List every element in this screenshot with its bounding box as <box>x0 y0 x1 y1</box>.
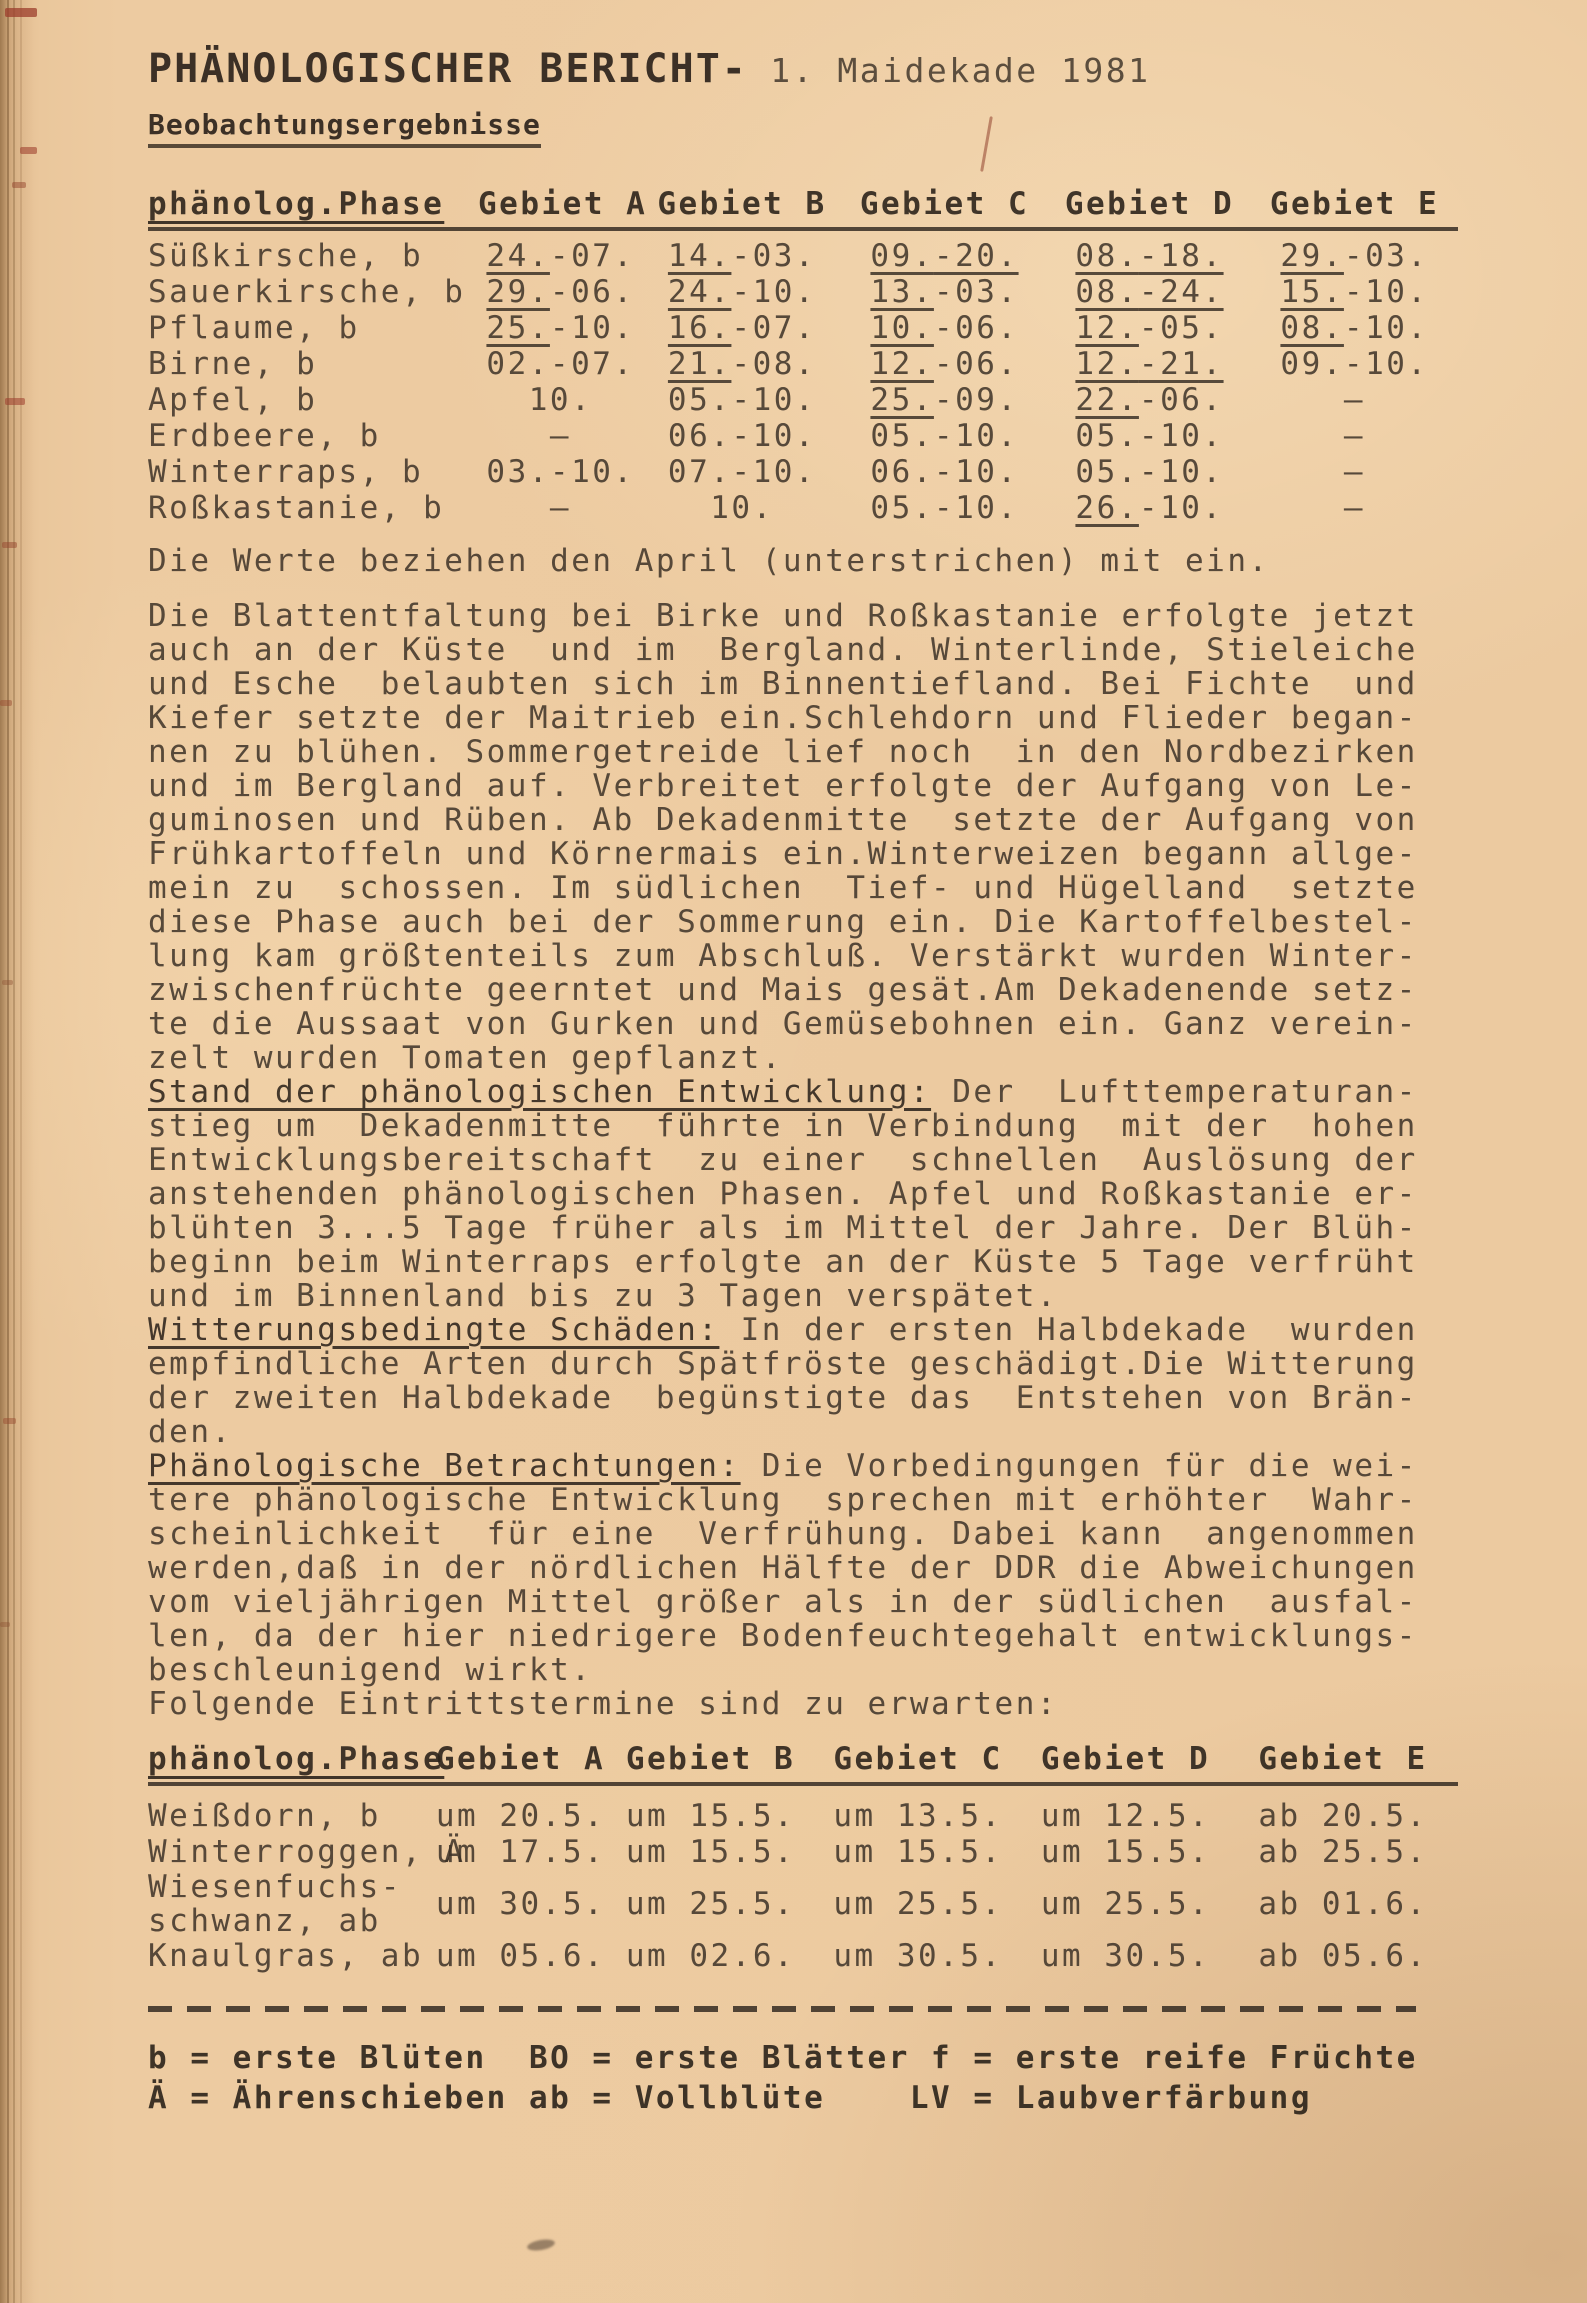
date-segment: 05. <box>668 382 732 418</box>
date-segment: -10. <box>731 274 816 310</box>
body-line-text: Der Lufttemperaturan- <box>931 1074 1418 1110</box>
body-line-text: zelt wurden Tomaten gepflanzt. <box>148 1040 783 1076</box>
date-segment: -10. <box>550 454 635 490</box>
date-cell: 24.-07. <box>478 238 643 274</box>
table-row: Süßkirsche, b24.-07.14.-03.09.-20.08.-18… <box>148 238 1458 274</box>
date-segment: – <box>550 490 571 526</box>
column-header-area-D: Gebiet D <box>1048 186 1251 222</box>
column-header-area-E: Gebiet E <box>1251 186 1458 222</box>
body-line-text: scheinlichkeit für eine Verfrühung. Dabe… <box>148 1516 1418 1552</box>
date-segment: 06. <box>870 454 934 490</box>
body-line: werden,daß in der nördlichen Hälfte der … <box>148 1551 1458 1585</box>
table-row: Wiesenfuchs-schwanz, abum 30.5.um 25.5.u… <box>148 1870 1458 1938</box>
column-header-phase: phänolog.Phase <box>148 186 478 222</box>
date-cell: um 30.5. <box>1023 1938 1228 1974</box>
date-cell: – <box>1251 490 1458 526</box>
body-line: beschleunigend wirkt. <box>148 1653 1458 1687</box>
body-line: lung kam größtenteils zum Abschluß. Vers… <box>148 939 1458 973</box>
table-row: Apfel, b10.05.-10.25.-09.22.-06.– <box>148 382 1458 418</box>
section-heading-observations: Beobachtungsergebnisse <box>148 108 541 148</box>
date-segment: 10. <box>529 382 593 418</box>
scan-artifact <box>12 182 26 188</box>
scanned-report-page: PHÄNOLOGISCHER BERICHT- 1. Maidekade 198… <box>0 0 1587 2303</box>
binding-line <box>7 0 9 2303</box>
date-cell: um 15.5. <box>1023 1834 1228 1870</box>
column-header-area-A: Gebiet A <box>433 1741 608 1777</box>
body-line: mein zu schossen. Im südlichen Tief- und… <box>148 871 1458 905</box>
date-segment: -09. <box>934 382 1019 418</box>
date-cell: 05.-10. <box>1048 418 1251 454</box>
scan-artifact <box>20 147 37 154</box>
date-segment: -10. <box>1344 346 1429 382</box>
body-line: Folgende Eintrittstermine sind zu erwart… <box>148 1687 1458 1721</box>
body-line-text: blühten 3...5 Tage früher als im Mittel … <box>148 1210 1418 1246</box>
scan-artifact <box>2 980 13 985</box>
date-cell: um 15.5. <box>608 1834 813 1870</box>
page-binding-edge <box>0 0 34 2303</box>
table-row: Birne, b02.-07.21.-08.12.-06.12.-21.09.-… <box>148 346 1458 382</box>
date-cell: um 13.5. <box>813 1798 1023 1834</box>
date-cell: 15.-10. <box>1251 274 1458 310</box>
april-date-underlined: 24. <box>486 238 550 274</box>
body-line: Witterungsbedingte Schäden: In der erste… <box>148 1313 1458 1347</box>
date-segment: – <box>1344 454 1365 490</box>
row-label: Winterroggen, Ä <box>148 1834 433 1870</box>
body-line-text: diese Phase auch bei der Sommerung ein. … <box>148 904 1418 940</box>
body-line: auch an der Küste und im Bergland. Winte… <box>148 633 1458 667</box>
row-label: Erdbeere, b <box>148 418 478 454</box>
column-header-area-E: Gebiet E <box>1228 1741 1458 1777</box>
date-cell: 08.-24. <box>1048 274 1251 310</box>
body-line: blühten 3...5 Tage früher als im Mittel … <box>148 1211 1458 1245</box>
date-segment: -10. <box>1139 454 1224 490</box>
body-line: und im Binnenland bis zu 3 Tagen verspät… <box>148 1279 1458 1313</box>
date-cell: 29.-06. <box>478 274 643 310</box>
scan-artifact <box>2 542 17 548</box>
date-cell: um 15.5. <box>813 1834 1023 1870</box>
april-date-underlined: 22. <box>1075 382 1139 418</box>
date-segment: -06. <box>1139 382 1224 418</box>
april-date-underlined: 12. <box>1075 346 1139 382</box>
body-line-text: empfindliche Arten durch Spätfröste gesc… <box>148 1346 1418 1382</box>
body-line-text: anstehenden phänologischen Phasen. Apfel… <box>148 1176 1418 1212</box>
report-title-main: PHÄNOLOGISCHER BERICHT- <box>148 46 748 92</box>
date-cell: 10.-06. <box>841 310 1048 346</box>
body-line-text: lung kam größtenteils zum Abschluß. Vers… <box>148 938 1418 974</box>
date-segment: -10. <box>731 382 816 418</box>
column-header-area-D: Gebiet D <box>1023 1741 1228 1777</box>
april-date-underlined: 08. <box>1075 274 1139 310</box>
april-date-underlined: 12. <box>1075 310 1139 346</box>
column-header-area-B: Gebiet B <box>643 186 841 222</box>
body-line-text: te die Aussaat von Gurken und Gemüsebohn… <box>148 1006 1418 1042</box>
scan-artifact <box>0 700 12 706</box>
body-line: und Esche belaubten sich im Binnentiefla… <box>148 667 1458 701</box>
row-label: Knaulgras, ab <box>148 1938 433 1974</box>
body-line-text: In der ersten Halbdekade wurden <box>719 1312 1417 1348</box>
body-line-text: tere phänologische Entwicklung sprechen … <box>148 1482 1418 1518</box>
date-cell: 08.-18. <box>1048 238 1251 274</box>
april-date-underlined: 10. <box>870 310 934 346</box>
date-cell: 10. <box>643 490 841 526</box>
body-line-text: Kiefer setzte der Maitrieb ein.Schlehdor… <box>148 700 1418 736</box>
date-cell: 25.-10. <box>478 310 643 346</box>
dashed-separator <box>148 2006 1416 2012</box>
date-cell: 29.-03. <box>1251 238 1458 274</box>
underlined-heading: Stand der phänologischen Entwicklung: <box>148 1074 931 1110</box>
table-row: Erdbeere, b–06.-10.05.-10.05.-10.– <box>148 418 1458 454</box>
body-line-text: und im Bergland auf. Verbreitet erfolgte… <box>148 768 1418 804</box>
legend-line-1: b = erste Blüten BO = erste Blätter f = … <box>148 2038 1458 2078</box>
column-header-area-C: Gebiet C <box>841 186 1048 222</box>
forecast-table: phänolog.PhaseGebiet AGebiet BGebiet CGe… <box>148 1741 1458 1974</box>
date-segment: -10. <box>731 418 816 454</box>
date-cell: ab 01.6. <box>1228 1870 1458 1938</box>
body-line-text: und im Binnenland bis zu 3 Tagen verspät… <box>148 1278 1058 1314</box>
date-cell: um 05.6. <box>433 1938 608 1974</box>
body-line-text: Frühkartoffeln und Körnermais ein.Winter… <box>148 836 1418 872</box>
date-cell: 13.-03. <box>841 274 1048 310</box>
date-segment: -03. <box>934 274 1019 310</box>
body-line-text: werden,daß in der nördlichen Hälfte der … <box>148 1550 1418 1586</box>
date-cell: – <box>478 418 643 454</box>
table-row: Winterroggen, Äum 17.5.um 15.5.um 15.5.u… <box>148 1834 1458 1870</box>
body-line: tere phänologische Entwicklung sprechen … <box>148 1483 1458 1517</box>
date-cell: um 25.5. <box>813 1870 1023 1938</box>
table-body: Süßkirsche, b24.-07.14.-03.09.-20.08.-18… <box>148 238 1458 526</box>
report-body-text: Die Blattentfaltung bei Birke und Roßkas… <box>148 599 1458 1721</box>
body-line-text: beschleunigend wirkt. <box>148 1652 592 1688</box>
date-cell: 14.-03. <box>643 238 841 274</box>
table-row: Knaulgras, abum 05.6.um 02.6.um 30.5.um … <box>148 1938 1458 1974</box>
april-date-underlined: 24. <box>668 274 732 310</box>
body-line: den. <box>148 1415 1458 1449</box>
body-line: Entwicklungsbereitschaft zu einer schnel… <box>148 1143 1458 1177</box>
date-cell: um 12.5. <box>1023 1798 1228 1834</box>
date-segment: -10. <box>550 310 635 346</box>
body-line: Stand der phänologischen Entwicklung: De… <box>148 1075 1458 1109</box>
body-line: Kiefer setzte der Maitrieb ein.Schlehdor… <box>148 701 1458 735</box>
table-row: Weißdorn, bum 20.5.um 15.5.um 13.5.um 12… <box>148 1798 1458 1834</box>
row-label: Roßkastanie, b <box>148 490 478 526</box>
abbreviation-legend: b = erste Blüten BO = erste Blätter f = … <box>148 2038 1458 2118</box>
table-body: Weißdorn, bum 20.5.um 15.5.um 13.5.um 12… <box>148 1798 1458 1974</box>
date-cell: um 02.6. <box>608 1938 813 1974</box>
date-cell: – <box>1251 382 1458 418</box>
date-segment: -03. <box>1344 238 1429 274</box>
date-segment: 05. <box>1075 454 1139 490</box>
date-segment: 05. <box>870 418 934 454</box>
body-line-text: len, da der hier niedrigere Bodenfeuchte… <box>148 1618 1418 1654</box>
scan-artifact <box>3 1418 16 1424</box>
date-cell: – <box>1251 454 1458 490</box>
legend-line-2: Ä = Ährenschieben ab = Vollblüte LV = La… <box>148 2078 1458 2118</box>
body-line-text: vom vieljährigen Mittel größer als in de… <box>148 1584 1418 1620</box>
table-row: Winterraps, b03.-10.07.-10.06.-10.05.-10… <box>148 454 1458 490</box>
date-cell: 12.-06. <box>841 346 1048 382</box>
date-segment: 10. <box>710 490 774 526</box>
body-line: zwischenfrüchte geerntet und Mais gesät.… <box>148 973 1458 1007</box>
date-cell: 25.-09. <box>841 382 1048 418</box>
april-date-underlined: 25. <box>870 382 934 418</box>
date-segment: -05. <box>1139 310 1224 346</box>
april-date-underlined: 29. <box>486 274 550 310</box>
body-line: te die Aussaat von Gurken und Gemüsebohn… <box>148 1007 1458 1041</box>
body-line-text: und Esche belaubten sich im Binnentiefla… <box>148 666 1418 702</box>
date-segment: – <box>1344 382 1365 418</box>
date-cell: 21.-08. <box>643 346 841 382</box>
date-segment: 05. <box>870 490 934 526</box>
date-segment: -10. <box>1139 418 1224 454</box>
report-title: PHÄNOLOGISCHER BERICHT- 1. Maidekade 198… <box>148 46 1458 92</box>
date-cell: um 30.5. <box>813 1938 1023 1974</box>
body-line: Die Blattentfaltung bei Birke und Roßkas… <box>148 599 1458 633</box>
body-line-text: mein zu schossen. Im südlichen Tief- und… <box>148 870 1418 906</box>
april-date-underlined: -24. <box>1139 274 1224 310</box>
april-date-underlined: -21. <box>1139 346 1224 382</box>
april-date-underlined: 15. <box>1280 274 1344 310</box>
date-segment: -07. <box>550 238 635 274</box>
body-line: vom vieljährigen Mittel größer als in de… <box>148 1585 1458 1619</box>
body-line: zelt wurden Tomaten gepflanzt. <box>148 1041 1458 1075</box>
april-date-underlined: 12. <box>870 346 934 382</box>
date-cell: ab 05.6. <box>1228 1938 1458 1974</box>
april-date-underlined: 21. <box>668 346 732 382</box>
body-line: nen zu blühen. Sommergetreide lief noch … <box>148 735 1458 769</box>
body-line-text: zwischenfrüchte geerntet und Mais gesät.… <box>148 972 1418 1008</box>
date-cell: 26.-10. <box>1048 490 1251 526</box>
body-line: diese Phase auch bei der Sommerung ein. … <box>148 905 1458 939</box>
april-date-underlined: 08. <box>1280 310 1344 346</box>
underlined-heading: Witterungsbedingte Schäden: <box>148 1312 719 1348</box>
row-label: Birne, b <box>148 346 478 382</box>
date-segment: 03. <box>486 454 550 490</box>
column-header-phase: phänolog.Phase <box>148 1741 433 1777</box>
date-segment: -10. <box>731 454 816 490</box>
date-segment: -10. <box>934 490 1019 526</box>
date-segment: 06. <box>668 418 732 454</box>
date-segment: 09. <box>1280 346 1344 382</box>
body-line-text: Entwicklungsbereitschaft zu einer schnel… <box>148 1142 1418 1178</box>
column-header-area-B: Gebiet B <box>608 1741 813 1777</box>
row-label: Süßkirsche, b <box>148 238 478 274</box>
date-cell: um 17.5. <box>433 1834 608 1870</box>
date-segment: -07. <box>550 346 635 382</box>
april-date-underlined: 13. <box>870 274 934 310</box>
april-date-underlined: -20. <box>934 238 1019 274</box>
date-segment: -08. <box>731 346 816 382</box>
body-line: Frühkartoffeln und Körnermais ein.Winter… <box>148 837 1458 871</box>
date-cell: 09.-20. <box>841 238 1048 274</box>
april-date-underlined: 14. <box>668 238 732 274</box>
date-cell: 24.-10. <box>643 274 841 310</box>
body-line-text: der zweiten Halbdekade begünstigte das E… <box>148 1380 1418 1416</box>
body-line: stieg um Dekadenmitte führte in Verbindu… <box>148 1109 1458 1143</box>
body-line-text: beginn beim Winterraps erfolgte an der K… <box>148 1244 1418 1280</box>
table-row: Sauerkirsche, b29.-06.24.-10.13.-03.08.-… <box>148 274 1458 310</box>
body-line-text: nen zu blühen. Sommergetreide lief noch … <box>148 734 1418 770</box>
table-row: Pflaume, b25.-10.16.-07.10.-06.12.-05.08… <box>148 310 1458 346</box>
date-cell: 02.-07. <box>478 346 643 382</box>
date-cell: 09.-10. <box>1251 346 1458 382</box>
date-segment: -06. <box>934 310 1019 346</box>
date-cell: 22.-06. <box>1048 382 1251 418</box>
date-segment: -10. <box>1139 490 1224 526</box>
april-date-underlined: 08. <box>1075 238 1139 274</box>
date-cell: 06.-10. <box>643 418 841 454</box>
april-date-underlined: -18. <box>1139 238 1224 274</box>
date-segment: -10. <box>934 454 1019 490</box>
scan-artifact <box>5 398 25 405</box>
body-line: guminosen und Rüben. Ab Dekadenmitte set… <box>148 803 1458 837</box>
column-header-area-C: Gebiet C <box>813 1741 1023 1777</box>
row-label: Apfel, b <box>148 382 478 418</box>
date-cell: 12.-21. <box>1048 346 1251 382</box>
body-line-text: Folgende Eintrittstermine sind zu erwart… <box>148 1686 1058 1722</box>
april-date-underlined: 29. <box>1280 238 1344 274</box>
date-segment: -10. <box>934 418 1019 454</box>
date-cell: 16.-07. <box>643 310 841 346</box>
april-date-underlined: 26. <box>1075 490 1139 526</box>
date-cell: 05.-10. <box>643 382 841 418</box>
date-cell: – <box>1251 418 1458 454</box>
body-line: der zweiten Halbdekade begünstigte das E… <box>148 1381 1458 1415</box>
row-label: Weißdorn, b <box>148 1798 433 1834</box>
report-title-period: 1. Maidekade 1981 <box>748 51 1151 90</box>
table-header-row: phänolog.PhaseGebiet AGebiet BGebiet CGe… <box>148 186 1458 231</box>
april-date-underlined: 25. <box>486 310 550 346</box>
column-header-area-A: Gebiet A <box>478 186 643 222</box>
row-label: Sauerkirsche, b <box>148 274 478 310</box>
body-line: beginn beim Winterraps erfolgte an der K… <box>148 1245 1458 1279</box>
date-cell: um 15.5. <box>608 1798 813 1834</box>
table-row: Roßkastanie, b–10.05.-10.26.-10.– <box>148 490 1458 526</box>
body-line: anstehenden phänologischen Phasen. Apfel… <box>148 1177 1458 1211</box>
row-label: Winterraps, b <box>148 454 478 490</box>
table-header-row: phänolog.PhaseGebiet AGebiet BGebiet CGe… <box>148 1741 1458 1786</box>
row-label: Wiesenfuchs-schwanz, ab <box>148 1870 433 1938</box>
date-cell: 05.-10. <box>841 418 1048 454</box>
body-line: empfindliche Arten durch Spätfröste gesc… <box>148 1347 1458 1381</box>
body-line-text: guminosen und Rüben. Ab Dekadenmitte set… <box>148 802 1418 838</box>
date-segment: -06. <box>550 274 635 310</box>
row-label: Pflaume, b <box>148 310 478 346</box>
observation-results-table: phänolog.PhaseGebiet AGebiet BGebiet CGe… <box>148 186 1458 526</box>
april-date-underlined: 09. <box>870 238 934 274</box>
body-line: scheinlichkeit für eine Verfrühung. Dabe… <box>148 1517 1458 1551</box>
date-segment: – <box>1344 490 1365 526</box>
body-line: len, da der hier niedrigere Bodenfeuchte… <box>148 1619 1458 1653</box>
scan-artifact <box>0 1622 10 1627</box>
body-line-text: auch an der Küste und im Bergland. Winte… <box>148 632 1418 668</box>
date-segment: – <box>1344 418 1365 454</box>
date-segment: 02. <box>486 346 550 382</box>
april-underline-note: Die Werte beziehen den April (unterstric… <box>148 543 1458 579</box>
body-line-text: den. <box>148 1414 233 1450</box>
body-line-text: Die Vorbedingungen für die wei- <box>741 1448 1418 1484</box>
date-segment: 07. <box>668 454 732 490</box>
date-cell: 07.-10. <box>643 454 841 490</box>
date-cell: um 20.5. <box>433 1798 608 1834</box>
binding-line <box>20 0 22 2303</box>
date-segment: -03. <box>731 238 816 274</box>
body-line-text: Die Blattentfaltung bei Birke und Roßkas… <box>148 598 1418 634</box>
date-segment: -10. <box>1344 274 1429 310</box>
body-line-text: stieg um Dekadenmitte führte in Verbindu… <box>148 1108 1418 1144</box>
date-cell: 10. <box>478 382 643 418</box>
date-cell: 06.-10. <box>841 454 1048 490</box>
ink-smudge <box>526 2238 555 2253</box>
date-cell: – <box>478 490 643 526</box>
body-line: Phänologische Betrachtungen: Die Vorbedi… <box>148 1449 1458 1483</box>
date-cell: um 30.5. <box>433 1870 608 1938</box>
date-cell: 12.-05. <box>1048 310 1251 346</box>
date-cell: um 25.5. <box>608 1870 813 1938</box>
date-cell: 05.-10. <box>1048 454 1251 490</box>
date-cell: 03.-10. <box>478 454 643 490</box>
report-content: PHÄNOLOGISCHER BERICHT- 1. Maidekade 198… <box>148 0 1458 2118</box>
date-cell: ab 25.5. <box>1228 1834 1458 1870</box>
date-segment: -07. <box>731 310 816 346</box>
date-cell: 08.-10. <box>1251 310 1458 346</box>
date-cell: ab 20.5. <box>1228 1798 1458 1834</box>
date-cell: 05.-10. <box>841 490 1048 526</box>
date-segment: -06. <box>934 346 1019 382</box>
underlined-heading: Phänologische Betrachtungen: <box>148 1448 741 1484</box>
april-date-underlined: 16. <box>668 310 732 346</box>
date-cell: um 25.5. <box>1023 1870 1228 1938</box>
body-line: und im Bergland auf. Verbreitet erfolgte… <box>148 769 1458 803</box>
scan-artifact <box>5 8 37 17</box>
binding-line <box>13 0 15 2303</box>
date-segment: – <box>550 418 571 454</box>
date-segment: 05. <box>1075 418 1139 454</box>
date-segment: -10. <box>1344 310 1429 346</box>
